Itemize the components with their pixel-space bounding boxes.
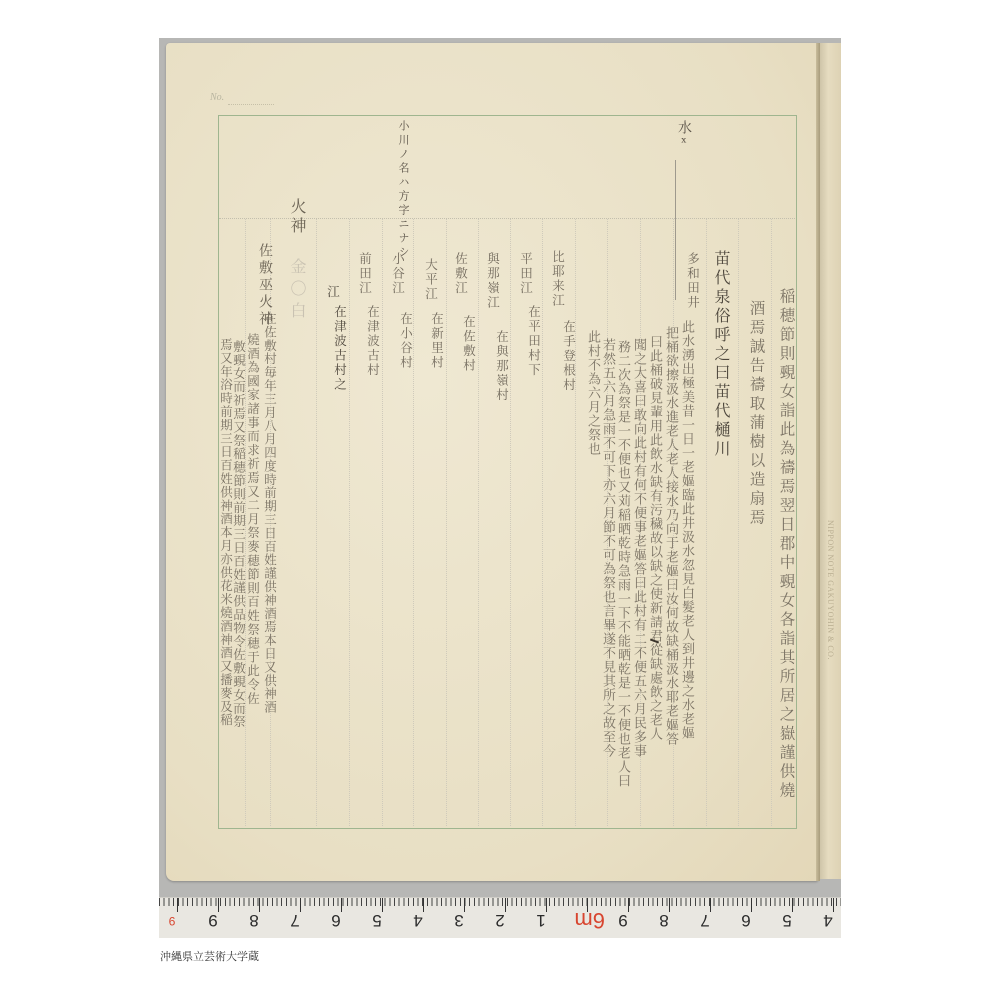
column-rule [316,219,317,826]
river-name-1: 比耶来江 [551,250,564,308]
page-number-line [228,104,274,105]
ruler-major-tick [177,898,178,912]
ruler-number: 6 [739,910,753,930]
measuring-ruler: 99876543216m987654 [159,897,841,938]
ruler-number: 9 [616,910,630,930]
ruler-number: 4 [821,910,835,930]
river-name-4: 佐敷江 [454,252,467,296]
river-location-5: 在新里村 [430,312,443,370]
story-line-6: 若然五六月急雨不可下亦六月節不可為祭也言畢遂不見其所之故至今 [601,338,614,758]
column-rule [542,219,543,826]
binding-imprint: NIPPON NOTE GAKUYOHIN & CO. [826,520,835,660]
column-rule [706,219,707,826]
ruler-number: 8 [247,910,261,930]
ruler-number: 5 [370,910,384,930]
river-name-6: 小谷江 [391,252,404,296]
river-name-3: 與那嶺江 [486,252,499,310]
facing-page-edge [820,43,841,879]
story-line-1: 此水湧出極美昔一日一老嫗臨此井汲水忽見白髮老人到井邊之水老嫗 [680,320,693,740]
story-line-3: 曰此桶破見輩用此飲水缺有污穢故以缺之使新請君從缺處飲之老人 [648,335,661,741]
column-rule [510,219,511,826]
collection-caption: 沖縄県立芸術大学蔵 [160,948,259,964]
story-line-5: 務二次為祭是一不便也又苅稲晒乾時急雨一下不能晒乾是一不便也老人曰 [616,340,629,788]
fire-god-line-3: 敷覡女而祈焉又祭稲穂節則前期三日百姓謹供品物令佐敷覡女而祭 [232,340,245,729]
pencil-stroke [675,160,676,300]
ruler-number: 7 [698,910,712,930]
text-column-1: 稲穂節則覡女詣此為禱焉翌日郡中覡女各詣其所居之嶽謹供燒 [778,288,794,801]
ruler-number: 6 [329,910,343,930]
column-rule [382,219,383,826]
river-name-8: 江 [326,285,339,300]
river-location-6: 在小谷村 [399,312,412,370]
river-name-2: 平田江 [519,252,532,296]
story-line-7: 此村不為六月之祭也 [586,330,599,456]
water-heading: 水ˣ [677,120,691,152]
column-rule [575,219,576,826]
spring-title: 苗代泉俗呼之曰苗代樋川 [713,250,729,459]
ruler-number: 1 [534,910,548,930]
ruler-ticks [159,898,841,906]
column-rule [446,219,447,826]
ruler-number: 3 [452,910,466,930]
ruler-number: 7 [288,910,302,930]
river-name-7: 前田江 [358,252,371,296]
fire-god-line-4: 焉又年浴時前期三日百姓供神酒本月亦供花米燒酒神酒又播麥及稲 [219,338,232,727]
river-annotation: 小川ノ名ハ方字ニナシ [398,120,409,260]
ruler-number: 2 [493,910,507,930]
text-column-2: 酒焉誠告禱取蒲樹以造扇焉 [748,300,764,528]
column-rule [771,219,772,826]
column-rule [738,219,739,826]
ruler-number: 6m [575,907,605,933]
faint-pencil-note: 金〇白 [289,258,305,324]
story-line-2: 把桶欲擦汲水進老人老人接水乃向于老嫗曰汝何故缺桶汲水耶老嫗答 [664,326,677,746]
story-line-4: 聞之大喜曰敢向此村有何不便事老嫗答曰此村有二不便五六月民多事 [632,338,645,758]
column-rule [413,219,414,826]
river-location-1: 在手登根村 [562,320,575,393]
ruler-number: 5 [780,910,794,930]
river-location-2: 在平田村下 [527,305,540,378]
ruler-number: 9 [165,914,179,928]
ruler-number: 9 [206,910,220,930]
river-name-5: 大平江 [424,258,437,302]
well-title: 多和田井 [686,252,699,310]
ruler-number: 8 [657,910,671,930]
fire-god-line-1: 在佐敷村毎年三月八月四度時前期三日百姓謹供神酒焉本日又供神酒 [263,312,276,714]
page-number-label: No. [210,92,224,103]
fire-god-line-2: 燒酒為國家諸事而求祈焉又二月祭麥穂節則百姓祭穂于此令佐 [246,333,259,706]
column-rule [478,219,479,826]
page-gutter [816,43,820,881]
fire-heading: 火神 [289,198,305,236]
river-location-8: 在津波古村之 [333,305,346,392]
river-location-7: 在津波古村 [366,305,379,378]
ruler-number: 4 [411,910,425,930]
column-rule [349,219,350,826]
river-location-4: 在佐敷村 [462,315,475,373]
river-location-3: 在與那嶺村 [495,330,508,403]
